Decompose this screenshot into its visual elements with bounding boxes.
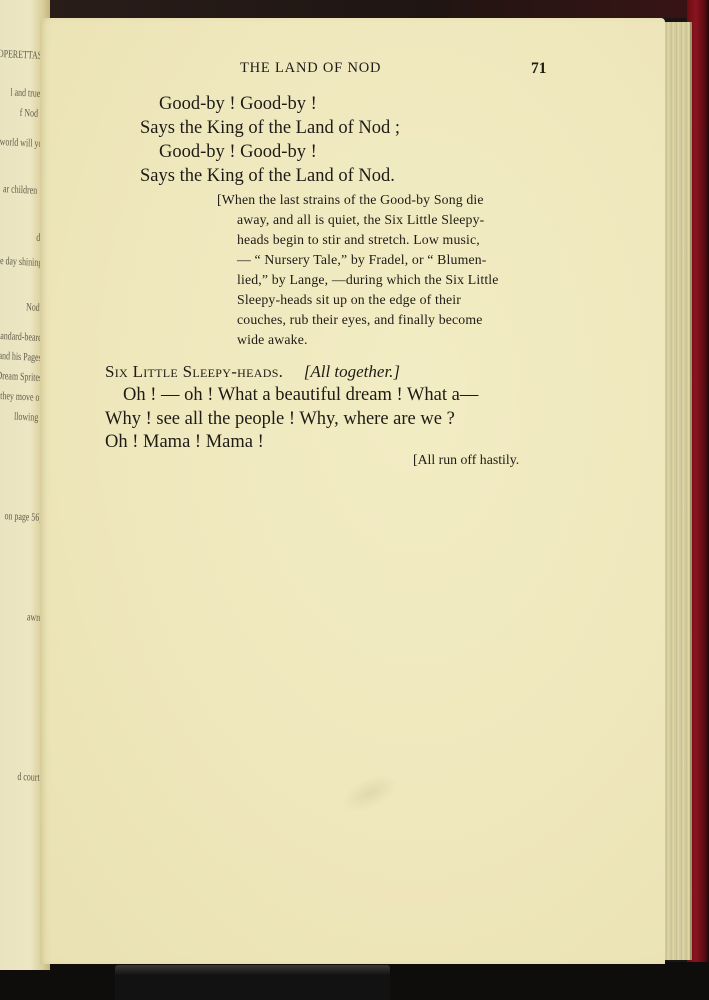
stage-direction-line: lied,” by Lange, —during which the Six L…	[237, 270, 499, 291]
stage-direction-line: [When the last strains of the Good-by So…	[217, 190, 484, 211]
prev-text: D OPERETTAS	[0, 47, 42, 62]
stage-direction-line: — “ Nursery Tale,” by Fradel, or “ Blume…	[237, 250, 487, 271]
stage-direction-line: away, and all is quiet, the Six Little S…	[237, 210, 484, 231]
background-top	[0, 0, 709, 18]
prev-text: d court.	[18, 771, 42, 784]
prev-text: s, Dream Sprites	[0, 369, 42, 384]
prev-text: l and true,	[10, 86, 42, 100]
prev-text: f Nod ;	[19, 107, 42, 120]
prev-text: s the day shining	[0, 254, 42, 269]
running-head: THE LAND OF NOD	[240, 60, 381, 77]
prev-text: ar children !	[3, 183, 42, 197]
stage-direction-line: wide awake.	[237, 330, 308, 351]
prev-text: n, Standard-beare	[0, 329, 42, 344]
verse-line: Good-by ! Good-by !	[159, 94, 317, 115]
speaker-direction: [All together.]	[304, 362, 400, 381]
prev-text: on page 56)	[4, 510, 42, 524]
exit-direction: [All run off hastily.	[413, 452, 519, 468]
verse-line: Says the King of the Land of Nod.	[140, 166, 395, 187]
stage-direction-line: heads begin to stir and stretch. Low mus…	[237, 230, 480, 251]
stage-direction-line: couches, rub their eyes, and finally bec…	[237, 310, 483, 331]
scanner-clamp	[115, 965, 390, 1000]
stage-direction-line: Sleepy-heads sit up on the edge of their	[237, 290, 461, 311]
speaker-line: Six Little Sleepy-heads. [All together.]	[105, 362, 400, 382]
page-smudge	[336, 767, 403, 820]
prev-text: As they move of	[0, 389, 42, 404]
dialog-line: Oh ! Mama ! Mama !	[105, 432, 264, 453]
speaker-name: Six Little Sleepy-heads.	[105, 362, 283, 381]
book-page	[40, 18, 665, 964]
dialog-line: Why ! see all the people ! Why, where ar…	[105, 409, 455, 430]
prev-text: King and his Pages	[0, 349, 42, 364]
prev-text: he world will yo	[0, 135, 42, 150]
verse-line: Good-by ! Good-by !	[159, 142, 317, 163]
prev-text: llowing :	[13, 411, 42, 424]
verse-line: Says the King of the Land of Nod ;	[140, 118, 400, 139]
dialog-line: Oh ! — oh ! What a beautiful dream ! Wha…	[123, 385, 478, 406]
page-number: 71	[531, 60, 547, 78]
